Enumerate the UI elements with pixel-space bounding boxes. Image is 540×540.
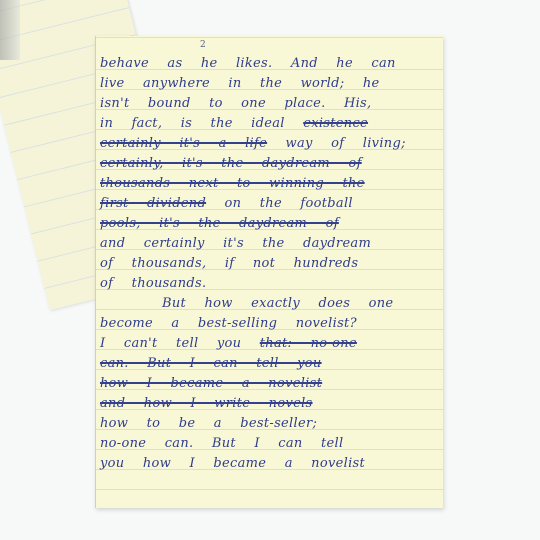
struck-text: can. But I can tell you <box>100 356 322 371</box>
line-text: live anywhere in the world; he <box>100 76 380 91</box>
line-text: isn't bound to one place. His, <box>100 96 371 111</box>
handwritten-line: can. But I can tell you <box>96 354 443 374</box>
handwritten-line: But how exactly does one <box>96 294 443 314</box>
line-text: you how I became a novelist <box>100 456 365 471</box>
struck-text: and how I write novels <box>100 396 313 411</box>
struck-text: existence <box>303 116 368 131</box>
struck-text: that: no-one <box>260 336 357 351</box>
line-text: of thousands. <box>100 276 206 291</box>
line-text: of thousands, if not hundreds <box>100 256 358 271</box>
handwritten-line: how to be a best-seller; <box>96 414 443 434</box>
line-text: on the football <box>225 196 353 211</box>
handwritten-line: certainly, it's the daydream of <box>96 154 443 174</box>
line-text: way of living; <box>286 136 406 151</box>
handwritten-line: I can't tell you that: no-one <box>96 334 443 354</box>
struck-text: certainly, it's the daydream of <box>100 156 362 171</box>
handwritten-line: in fact, is the ideal existence <box>96 114 443 134</box>
handwritten-line: no-one can. But I can tell <box>96 434 443 454</box>
line-text: no-one can. But I can tell <box>100 436 343 451</box>
struck-text: thousands next to winning the <box>100 176 365 191</box>
line-text: how to be a best-seller; <box>100 416 317 431</box>
handwritten-line: and how I write novels <box>96 394 443 414</box>
line-text: behave as he likes. And he can <box>100 56 396 71</box>
handwritten-line: you how I became a novelist <box>96 454 443 474</box>
line-text: But how exactly does one <box>162 296 393 311</box>
handwritten-lines: behave as he likes. And he can live anyw… <box>96 54 443 474</box>
line-text: in fact, is the ideal <box>100 116 285 131</box>
handwritten-line: how I became a novelist <box>96 374 443 394</box>
notebook-page: 2 behave as he likes. And he can live an… <box>95 36 443 508</box>
struck-text: first dividend <box>100 196 206 211</box>
struck-text: how I became a novelist <box>100 376 322 391</box>
binding-shadow <box>0 0 20 60</box>
handwritten-line: become a best-selling novelist? <box>96 314 443 334</box>
handwritten-line: live anywhere in the world; he <box>96 74 443 94</box>
handwritten-line: and certainly it's the daydream <box>96 234 443 254</box>
handwritten-line: first dividend on the football <box>96 194 443 214</box>
handwritten-line: behave as he likes. And he can <box>96 54 443 74</box>
struck-text: certainly it's a life <box>100 136 267 151</box>
struck-text: pools, it's the daydream of <box>100 216 339 231</box>
handwritten-line: of thousands. <box>96 274 443 294</box>
page-number: 2 <box>200 40 206 50</box>
line-text: and certainly it's the daydream <box>100 236 371 251</box>
line-text: become a best-selling novelist? <box>100 316 357 331</box>
handwritten-line: certainly it's a life way of living; <box>96 134 443 154</box>
handwritten-line: thousands next to winning the <box>96 174 443 194</box>
line-text: I can't tell you <box>100 336 241 351</box>
handwritten-line: of thousands, if not hundreds <box>96 254 443 274</box>
handwritten-line: isn't bound to one place. His, <box>96 94 443 114</box>
handwritten-line: pools, it's the daydream of <box>96 214 443 234</box>
